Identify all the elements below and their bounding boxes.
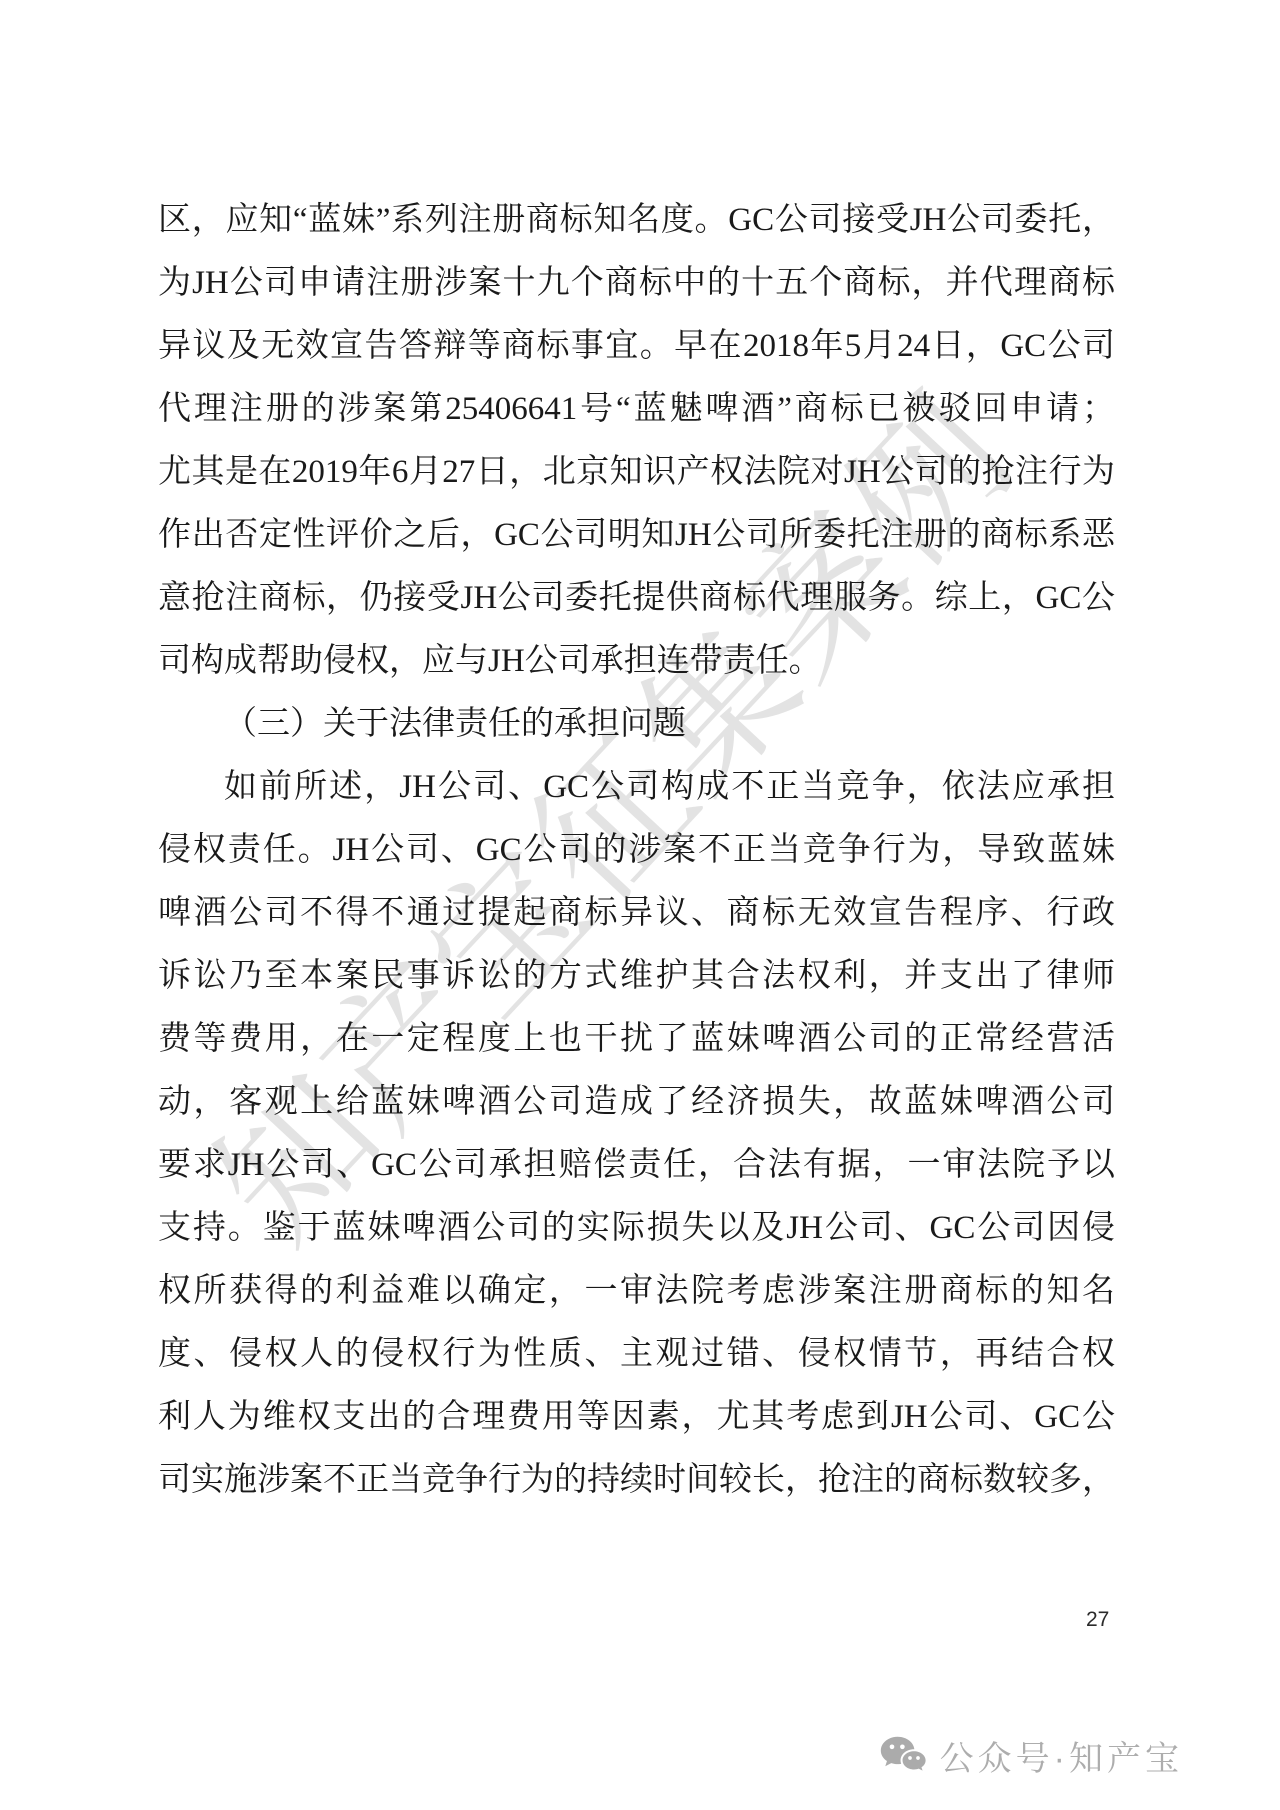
- document-line: 侵权责任。JH公司、GC公司的涉案不正当竞争行为，导致蓝妹: [158, 819, 1115, 882]
- document-line: 意抢注商标，仍接受JH公司委托提供商标代理服务。综上，GC公: [158, 567, 1115, 630]
- document-line: 尤其是在2019年6月27日，北京知识产权法院对JH公司的抢注行为: [158, 441, 1115, 504]
- footer: 公众号·知产宝: [880, 1731, 1183, 1780]
- document-line: 异议及无效宣告答辩等商标事宜。早在2018年5月24日，GC公司: [158, 315, 1115, 378]
- page-number: 27: [1086, 1608, 1116, 1632]
- judgment-text: 区，应知“蓝妹”系列注册商标知名度。GC公司接受JH公司委托， 为JH公司申请注…: [158, 189, 1115, 1512]
- document-line: 司构成帮助侵权，应与JH公司承担连带责任。: [158, 630, 1115, 693]
- document-line: 啤酒公司不得不通过提起商标异议、商标无效宣告程序、行政: [158, 882, 1115, 945]
- document-line: 度、侵权人的侵权行为性质、主观过错、侵权情节，再结合权: [158, 1323, 1115, 1386]
- document-line: 利人为维权支出的合理费用等因素，尤其考虑到JH公司、GC公: [158, 1386, 1115, 1449]
- document-line: 如前所述，JH公司、GC公司构成不正当竞争，依法应承担: [158, 756, 1115, 819]
- document-line: 作出否定性评价之后，GC公司明知JH公司所委托注册的商标系恶: [158, 504, 1115, 567]
- document-line: 支持。鉴于蓝妹啤酒公司的实际损失以及JH公司、GC公司因侵: [158, 1197, 1115, 1260]
- document-line: 动，客观上给蓝妹啤酒公司造成了经济损失，故蓝妹啤酒公司: [158, 1071, 1115, 1134]
- document-page: 知产宝征集案例 区，应知“蓝妹”系列注册商标知名度。GC公司接受JH公司委托， …: [0, 0, 1280, 1810]
- document-line: 司实施涉案不正当竞争行为的持续时间较长，抢注的商标数较多，: [158, 1449, 1115, 1512]
- document-line: 代理注册的涉案第25406641号“蓝魅啤酒”商标已被驳回申请；: [158, 378, 1115, 441]
- section-heading: （三）关于法律责任的承担问题: [158, 693, 1115, 756]
- document-line: 诉讼乃至本案民事诉讼的方式维护其合法权利，并支出了律师: [158, 945, 1115, 1008]
- document-line: 费等费用，在一定程度上也干扰了蓝妹啤酒公司的正常经营活: [158, 1008, 1115, 1071]
- document-line: 要求JH公司、GC公司承担赔偿责任，合法有据，一审法院予以: [158, 1134, 1115, 1197]
- document-line: 区，应知“蓝妹”系列注册商标知名度。GC公司接受JH公司委托，: [158, 189, 1115, 252]
- footer-label: 公众号·知产宝: [940, 1731, 1183, 1780]
- wechat-icon: [880, 1735, 928, 1777]
- document-line: 为JH公司申请注册涉案十九个商标中的十五个商标，并代理商标: [158, 252, 1115, 315]
- document-line: 权所获得的利益难以确定，一审法院考虑涉案注册商标的知名: [158, 1260, 1115, 1323]
